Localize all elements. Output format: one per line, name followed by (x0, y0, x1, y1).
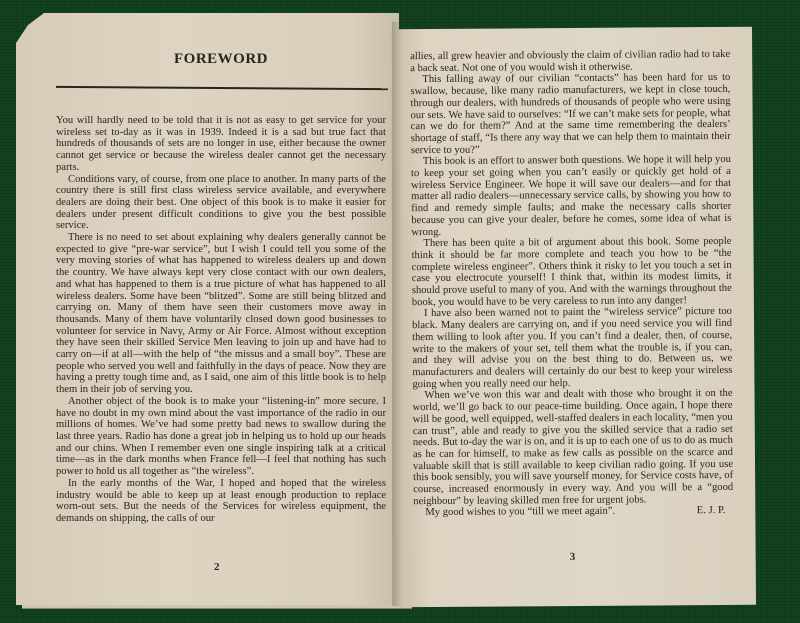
paragraph: Another object of the book is to make yo… (56, 396, 386, 478)
foreword-body-left: You will hardly need to be told that it … (56, 115, 386, 525)
right-page: allies, all grew heavier and obviously t… (390, 27, 756, 608)
paragraph: You will hardly need to be told that it … (56, 115, 386, 174)
page-title: FOREWORD (56, 51, 386, 71)
paragraph: allies, all grew heavier and obviously t… (410, 49, 730, 75)
paragraph: Conditions vary, of course, from one pla… (56, 174, 386, 233)
page-number: 3 (570, 551, 576, 563)
title-rule (56, 86, 388, 90)
book-gutter (392, 22, 402, 606)
left-page: FOREWORD You will hardly need to be told… (16, 13, 399, 605)
signature: E. J. P. (697, 505, 726, 517)
paragraph: There has been quite a bit of argument a… (411, 236, 731, 308)
left-page-content: FOREWORD You will hardly need to be told… (56, 51, 386, 525)
signoff-line: My good wishes to you “till we meet agai… (413, 505, 733, 519)
paragraph: In the early months of the War, I hoped … (56, 478, 386, 525)
page-number: 2 (214, 561, 220, 573)
paragraph: When we’ve won this war and dealt with t… (413, 388, 734, 507)
right-page-content: allies, all grew heavier and obviously t… (410, 49, 733, 519)
paragraph: There is no need to set about explaining… (56, 232, 386, 396)
paragraph: I have also been warned not to paint the… (412, 306, 733, 390)
closing-text: My good wishes to you “till we meet agai… (425, 506, 615, 519)
foreword-body-right: allies, all grew heavier and obviously t… (410, 49, 733, 519)
paragraph: This falling away of our civilian “conta… (410, 72, 731, 156)
paragraph: This book is an effort to answer both qu… (411, 154, 732, 238)
